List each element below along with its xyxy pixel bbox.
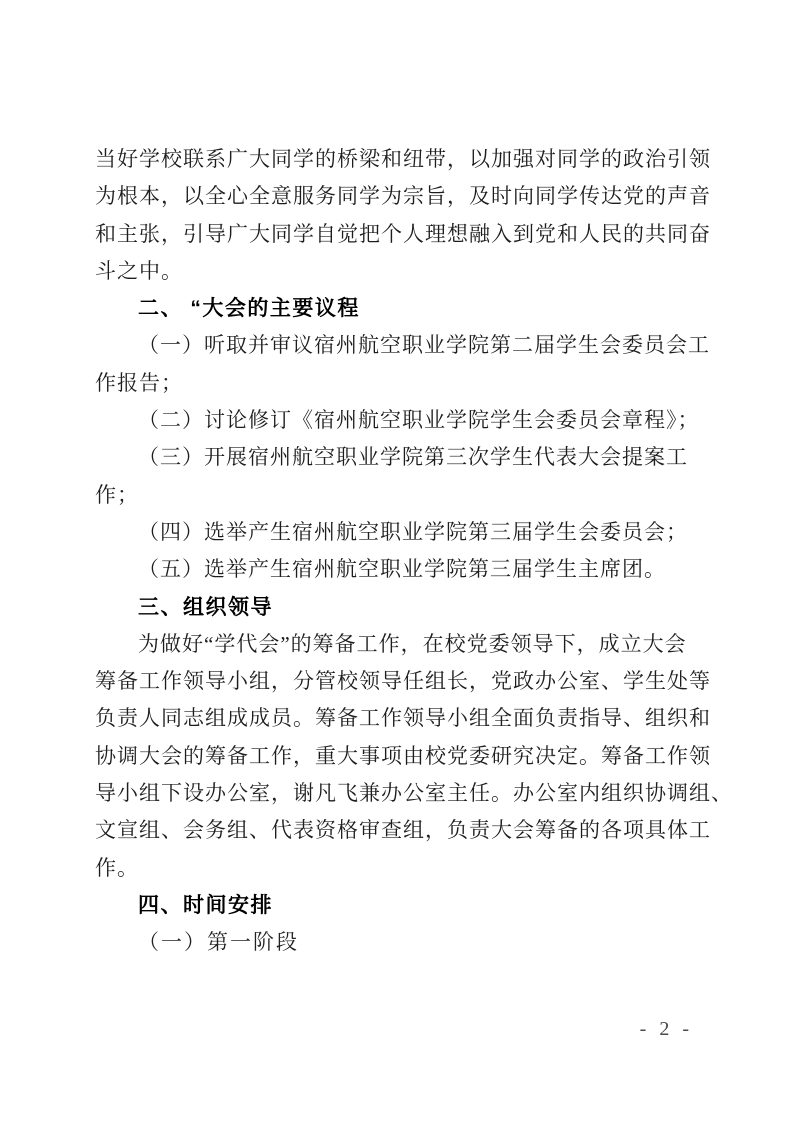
- agenda-item-2: （二）讨论修订《宿州航空职业学院学生会委员会章程》；: [95, 402, 717, 439]
- org-paragraph-line-6: 文宣组、会务组、代表资格审查组，负责大会筹备的各项具体工: [95, 812, 717, 849]
- org-paragraph-line-4: 协调大会的筹备工作，重大事项由校党委研究决定。筹备工作领: [95, 738, 717, 775]
- agenda-item-4: （四）选举产生宿州航空职业学院第三届学生会委员会；: [95, 514, 717, 551]
- page-number: - 2 -: [640, 1018, 693, 1041]
- intro-line-2: 为根本，以全心全意服务同学为宗旨，及时向同学传达党的声音: [95, 178, 717, 215]
- agenda-item-5: （五）选举产生宿州航空职业学院第三届学生主席团。: [95, 551, 717, 588]
- intro-line-4: 斗之中。: [95, 253, 717, 290]
- stage-1-subheading: （一）第一阶段: [95, 924, 717, 961]
- agenda-item-3-line-1: （三）开展宿州航空职业学院第三次学生代表大会提案工: [95, 439, 717, 476]
- document-page: 当好学校联系广大同学的桥梁和纽带，以加强对同学的政治引领 为根本，以全心全意服务…: [0, 0, 793, 1122]
- org-paragraph-line-1: 为做好“学代会”的筹备工作，在校党委领导下，成立大会: [95, 626, 717, 663]
- section-3-heading: 三、组织领导: [95, 589, 717, 626]
- org-paragraph-line-3: 负责人同志组成成员。筹备工作领导小组全面负责指导、组织和: [95, 700, 717, 737]
- agenda-item-3-line-2: 作；: [95, 477, 717, 514]
- agenda-item-1-line-2: 作报告；: [95, 365, 717, 402]
- org-paragraph-line-2: 筹备工作领导小组，分管校领导任组长，党政办公室、学生处等: [95, 663, 717, 700]
- intro-line-3: 和主张，引导广大同学自觉把个人理想融入到党和人民的共同奋: [95, 216, 717, 253]
- document-body: 当好学校联系广大同学的桥梁和纽带，以加强对同学的政治引领 为根本，以全心全意服务…: [95, 141, 717, 962]
- section-4-heading: 四、时间安排: [95, 887, 717, 924]
- section-2-heading: 二、 “大会的主要议程: [95, 290, 717, 327]
- intro-line-1: 当好学校联系广大同学的桥梁和纽带，以加强对同学的政治引领: [95, 141, 717, 178]
- org-paragraph-line-5: 导小组下设办公室，谢凡飞兼办公室主任。办公室内组织协调组、: [95, 775, 717, 812]
- org-paragraph-line-7: 作。: [95, 850, 717, 887]
- agenda-item-1-line-1: （一）听取并审议宿州航空职业学院第二届学生会委员会工: [95, 327, 717, 364]
